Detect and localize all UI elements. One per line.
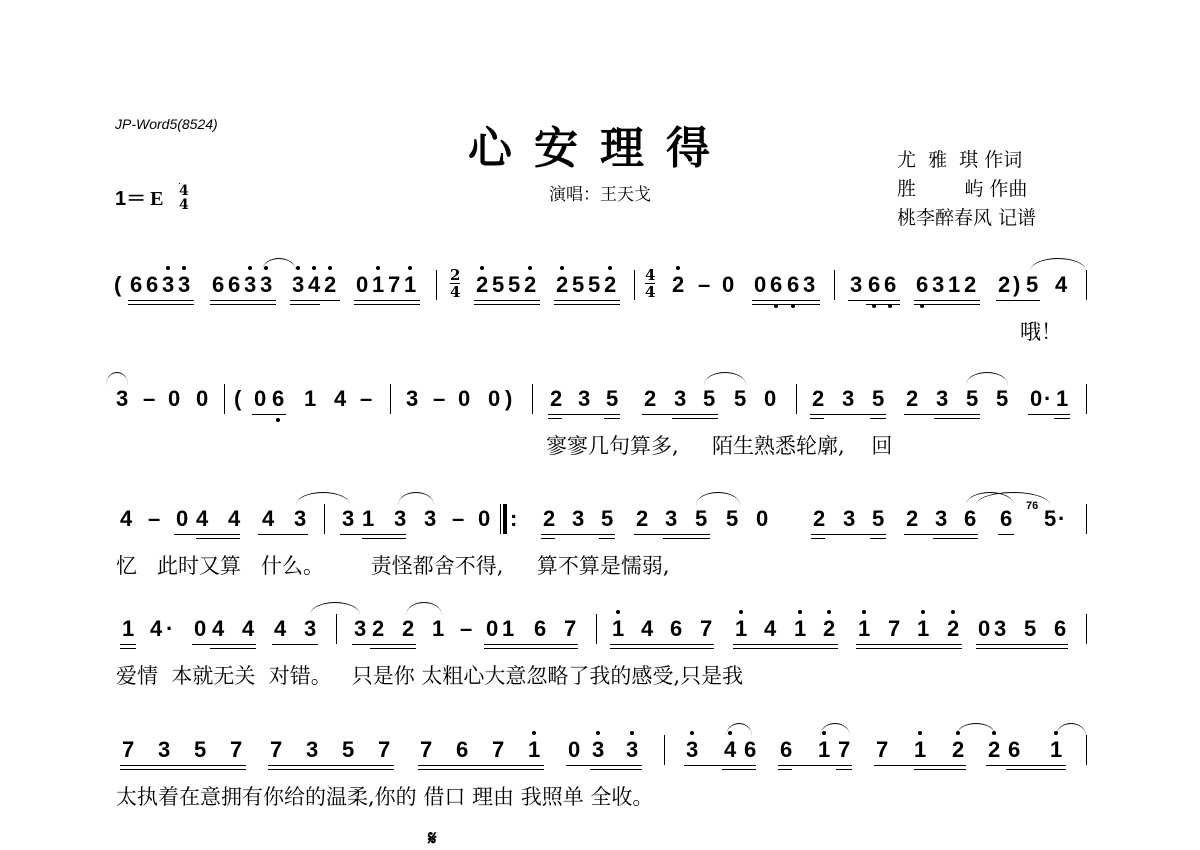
note: 3 <box>686 737 698 763</box>
underline-sixteenth <box>870 538 886 539</box>
barline <box>796 384 797 414</box>
underline-eighth <box>986 765 1066 766</box>
underline-eighth <box>484 644 578 645</box>
note: 4 <box>228 506 240 532</box>
time-signature: 4 4 <box>179 184 189 212</box>
note: – <box>360 386 372 412</box>
note: 0 <box>754 272 766 298</box>
underline-eighth <box>548 414 620 415</box>
note: 6 <box>228 272 240 298</box>
note: 6 <box>670 616 682 642</box>
note: 2 <box>812 386 824 412</box>
note: 3 <box>354 616 366 642</box>
note: 4 <box>212 616 224 642</box>
underline-sixteenth <box>856 648 962 649</box>
octave-dot-above <box>532 731 536 735</box>
barline <box>532 384 533 414</box>
note: 0 <box>568 737 580 763</box>
note: 7 <box>700 616 712 642</box>
octave-dot-above <box>827 610 831 614</box>
note: 0 <box>356 272 368 298</box>
note: 3 <box>665 506 677 532</box>
note: 3 <box>294 506 306 532</box>
slur-tie <box>696 492 740 505</box>
note: 6 <box>780 737 792 763</box>
underline-eighth <box>733 644 838 645</box>
underline-sixteenth <box>733 648 838 649</box>
underline-eighth <box>874 765 966 766</box>
grace-notes: 76 <box>1026 500 1038 512</box>
underline-eighth <box>174 534 240 535</box>
note: 7 <box>564 616 576 642</box>
note: 6 <box>744 737 756 763</box>
underline-sixteenth <box>752 304 820 305</box>
slur-tie <box>956 723 996 736</box>
note: – <box>148 506 160 532</box>
note: 3 <box>843 506 855 532</box>
note: 5 <box>703 386 715 412</box>
octave-dot-above <box>951 610 955 614</box>
note: 2 <box>644 386 656 412</box>
octave-dot-above <box>312 266 316 270</box>
note: 5 <box>572 272 584 298</box>
note: 5 <box>695 506 707 532</box>
note: 4 <box>120 506 132 532</box>
note: 1 <box>858 616 870 642</box>
underline-eighth <box>210 300 276 301</box>
note: 6 <box>212 272 224 298</box>
underline-sixteenth <box>914 769 966 770</box>
underline-sixteenth <box>290 304 320 305</box>
underline-sixteenth <box>541 538 555 539</box>
note: 5 <box>726 506 738 532</box>
note: 3 <box>342 506 354 532</box>
note: 1 <box>1056 386 1068 412</box>
note: 4 <box>242 616 254 642</box>
note: 7 <box>230 737 242 763</box>
note: 2 <box>672 272 684 298</box>
note: 3 <box>935 506 947 532</box>
note: 0 <box>1030 386 1042 412</box>
score-line: 735773577671033346617712261太执着在意拥有你给的温柔,… <box>0 737 1200 837</box>
octave-dot-above <box>248 266 252 270</box>
note: 4 <box>196 506 208 532</box>
underline-sixteenth <box>120 648 136 649</box>
underline-eighth <box>811 534 886 535</box>
note: 0 <box>168 386 180 412</box>
octave-dot-above <box>739 610 743 614</box>
note: 4 <box>724 737 736 763</box>
underline-sixteenth <box>976 648 1068 649</box>
underline-eighth <box>541 534 615 535</box>
note: 7 <box>378 737 390 763</box>
note: ) <box>505 386 512 412</box>
slur-tie <box>820 723 850 736</box>
note: 2 <box>556 272 568 298</box>
time-change: 44 <box>645 268 655 299</box>
underline-sixteenth <box>418 769 544 770</box>
underline-eighth <box>904 414 980 415</box>
score-line: 3–00(0614–3–00)2352355023523550·1寥寥几句算多,… <box>0 386 1200 486</box>
octave-dot-above <box>921 610 925 614</box>
octave-dot-above <box>560 266 564 270</box>
octave-dot-above <box>528 266 532 270</box>
note: 6 <box>130 272 142 298</box>
octave-dot-above <box>408 266 412 270</box>
note: 4 <box>262 506 274 532</box>
note: 7 <box>388 272 400 298</box>
note: ( <box>234 386 241 412</box>
underline-sixteenth <box>120 769 246 770</box>
octave-dot-above <box>296 266 300 270</box>
octave-dot-above <box>676 266 680 270</box>
note: 1 <box>404 272 416 298</box>
slur-tie <box>1056 723 1086 736</box>
note: 5 <box>996 386 1008 412</box>
underline-eighth <box>258 534 308 535</box>
octave-dot-above <box>166 266 170 270</box>
underline-sixteenth <box>604 418 620 419</box>
note: 0 <box>764 386 776 412</box>
underline-eighth <box>120 644 136 645</box>
note: 7 <box>420 737 432 763</box>
note: 6 <box>456 737 468 763</box>
note: 4 <box>764 616 776 642</box>
note: 2 <box>324 272 336 298</box>
underline-sixteenth <box>933 538 978 539</box>
note: 1 <box>818 737 830 763</box>
note: 3 <box>406 386 418 412</box>
note: 6 <box>787 272 799 298</box>
octave-dot-above <box>630 731 634 735</box>
note: 1 <box>735 616 747 642</box>
note: 3 <box>162 272 174 298</box>
underline-sixteenth <box>870 418 886 419</box>
barline <box>1086 614 1087 644</box>
barline <box>1086 270 1087 300</box>
note: ) <box>1013 272 1020 298</box>
note: 5 <box>601 506 613 532</box>
underline-sixteenth <box>810 418 824 419</box>
underline-eighth <box>352 644 416 645</box>
octave-dot-above <box>690 731 694 735</box>
note: 0 <box>978 616 990 642</box>
slur-tie <box>704 372 746 385</box>
key-label: 1＝ <box>115 188 146 210</box>
slur-tie <box>726 723 752 736</box>
note: 6 <box>916 272 928 298</box>
note: ( <box>114 272 121 298</box>
underline-eighth <box>340 534 406 535</box>
underline-sixteenth <box>610 648 714 649</box>
slur-tie <box>296 492 350 505</box>
note: 4 <box>1055 272 1067 298</box>
underline-sixteenth <box>484 648 578 649</box>
note: 3 <box>304 616 316 642</box>
underline-eighth <box>634 534 710 535</box>
note: 6 <box>146 272 158 298</box>
underline-eighth <box>996 300 1040 301</box>
slur-tie <box>1030 258 1086 271</box>
key-signature: 1＝E 4 4 <box>115 182 189 214</box>
underline-sixteenth <box>210 304 276 305</box>
underline-sixteenth <box>722 769 756 770</box>
note: 2 <box>636 506 648 532</box>
note: 6 <box>272 386 284 412</box>
underline-sixteenth <box>210 648 256 649</box>
note: 3 <box>626 737 638 763</box>
note: 7 <box>876 737 888 763</box>
slur-tie <box>966 372 1008 385</box>
composer-credit: 胜 屿 作曲 <box>897 175 1036 204</box>
note: 3 <box>244 272 256 298</box>
underline-eighth <box>904 534 978 535</box>
note: 0 <box>176 506 188 532</box>
note: 1 <box>948 272 960 298</box>
note: 1 <box>1050 737 1062 763</box>
underline-sixteenth <box>672 418 718 419</box>
note: 2 <box>988 737 1000 763</box>
note: 1 <box>502 616 514 642</box>
underline-eighth <box>998 534 1014 535</box>
repeat-colon: : <box>510 506 517 532</box>
underline-sixteenth <box>778 769 792 770</box>
note: 0 <box>756 506 768 532</box>
note: 0 <box>254 386 266 412</box>
score-line: 4–044433133–02352355023523665·:76忆 此时又算 … <box>0 506 1200 606</box>
octave-dot-above <box>328 266 332 270</box>
note: 1 <box>528 737 540 763</box>
barline <box>436 270 437 300</box>
note: 7 <box>122 737 134 763</box>
underline-sixteenth <box>268 769 394 770</box>
note: 5 <box>1024 616 1036 642</box>
lyricist-credit: 尤 雅 琪 作词 <box>897 146 1036 175</box>
underline-eighth <box>268 765 394 766</box>
underline-eighth <box>272 644 318 645</box>
note: 0 <box>194 616 206 642</box>
underline-sixteenth <box>599 538 615 539</box>
underline-sixteenth <box>548 418 562 419</box>
note: · <box>1058 506 1065 532</box>
note: 3 <box>158 737 170 763</box>
note: 1 <box>612 616 624 642</box>
note: – <box>143 386 155 412</box>
underline-sixteenth <box>590 769 642 770</box>
note: 3 <box>674 386 686 412</box>
note: 1 <box>794 616 806 642</box>
note: 5 <box>508 272 520 298</box>
octave-dot-above <box>182 266 186 270</box>
score-line: (663366333420171255225522–0066336663122)… <box>0 272 1200 372</box>
note: 1 <box>304 386 316 412</box>
time-top: 4 <box>179 184 189 198</box>
credits-block: 尤 雅 琪 作词 胜 屿 作曲 桃李醉春风 记谱 <box>897 146 1036 233</box>
note: 5 <box>1026 272 1038 298</box>
note: 2 <box>550 386 562 412</box>
note: 4 <box>274 616 286 642</box>
underline-eighth <box>976 644 1068 645</box>
underline-eighth <box>810 414 886 415</box>
note: 6 <box>964 506 976 532</box>
underline-sixteenth <box>370 648 416 649</box>
underline-eighth <box>856 644 962 645</box>
note: 3 <box>394 506 406 532</box>
note: 4 <box>641 616 653 642</box>
underline-sixteenth <box>196 538 240 539</box>
underline-sixteenth <box>914 304 980 305</box>
note: 6 <box>1000 506 1012 532</box>
note: 0 <box>478 506 490 532</box>
barline <box>664 735 665 765</box>
score-line: 14·044433221–01671467141217120356爱情 本就无关… <box>0 616 1200 716</box>
octave-dot-above <box>918 731 922 735</box>
barline <box>324 504 325 534</box>
octave-dot-above <box>596 731 600 735</box>
underline-eighth <box>684 765 756 766</box>
note: 1 <box>432 616 444 642</box>
note: 2 <box>906 506 918 532</box>
barline <box>224 384 225 414</box>
lyric-text: 寥寥几句算多, 陌生熟悉轮廓, 回 <box>546 430 892 460</box>
note: 0 <box>722 272 734 298</box>
note: 2 <box>402 616 414 642</box>
note: 1 <box>362 506 374 532</box>
note: 2 <box>372 616 384 642</box>
note: 5 <box>588 272 600 298</box>
note: 3 <box>578 386 590 412</box>
barline <box>1086 384 1087 414</box>
underline-eighth <box>252 414 286 415</box>
transcriber-credit: 桃李醉春风 记谱 <box>897 204 1036 233</box>
underline-eighth <box>354 300 420 301</box>
note: 5 <box>872 506 884 532</box>
underline-eighth <box>418 765 544 766</box>
underline-eighth <box>914 300 980 301</box>
barline <box>634 270 635 300</box>
barline <box>390 384 391 414</box>
note: 6 <box>1008 737 1020 763</box>
time-change: 24 <box>450 268 460 299</box>
note: 0 <box>486 616 498 642</box>
note: 5 <box>194 737 206 763</box>
underline-sixteenth <box>362 538 406 539</box>
octave-dot-above <box>376 266 380 270</box>
note: 3 <box>932 272 944 298</box>
note: 2 <box>823 616 835 642</box>
underline-eighth <box>120 765 246 766</box>
key-letter: E <box>150 188 163 210</box>
underline-eighth <box>554 300 620 301</box>
note: 6 <box>770 272 782 298</box>
note: 5 <box>734 386 746 412</box>
note: 2 <box>998 272 1010 298</box>
note: 2 <box>947 616 959 642</box>
note: 6 <box>884 272 896 298</box>
underline-sixteenth <box>1006 769 1066 770</box>
note: 2 <box>524 272 536 298</box>
note: 0 <box>458 386 470 412</box>
lyric-text: 爱情 本就无关 对错。 只是你 太粗心大意忽略了我的感受,只是我 <box>116 660 743 690</box>
note: 7 <box>492 737 504 763</box>
note: 1 <box>917 616 929 642</box>
underline-eighth <box>1028 414 1070 415</box>
underline-sixteenth <box>128 304 194 305</box>
note: 0 <box>488 386 500 412</box>
barline <box>596 614 597 644</box>
note: 2 <box>964 272 976 298</box>
repeat-barline <box>500 504 507 534</box>
note: 3 <box>260 272 272 298</box>
barline <box>336 614 337 644</box>
note: 6 <box>534 616 546 642</box>
note: 2 <box>952 737 964 763</box>
note: – <box>452 506 464 532</box>
underline-sixteenth <box>354 304 420 305</box>
time-bottom: 4 <box>179 198 189 212</box>
barline <box>1086 504 1087 534</box>
barline <box>1086 735 1087 765</box>
underline-eighth <box>610 644 714 645</box>
note: – <box>460 616 472 642</box>
note: 4 <box>334 386 346 412</box>
underline-sixteenth <box>934 418 980 419</box>
underline-eighth <box>848 300 900 301</box>
note: 2 <box>543 506 555 532</box>
note: 3 <box>936 386 948 412</box>
underline-eighth <box>778 765 852 766</box>
octave-dot-above <box>480 266 484 270</box>
underline-sixteenth <box>866 304 900 305</box>
note: 3 <box>850 272 862 298</box>
underline-eighth <box>290 300 340 301</box>
note: 2 <box>813 506 825 532</box>
lyric-text: 哦！ <box>1020 316 1062 346</box>
note: 3 <box>803 272 815 298</box>
segno-sign: 𝄋 <box>428 826 437 850</box>
octave-dot-above <box>616 610 620 614</box>
note: 6 <box>868 272 880 298</box>
note: · <box>1044 386 1051 412</box>
note: – <box>433 386 445 412</box>
note: 7 <box>888 616 900 642</box>
underline-sixteenth <box>811 538 825 539</box>
underline-eighth <box>128 300 194 301</box>
note: 7 <box>838 737 850 763</box>
note: · <box>166 616 173 642</box>
note: – <box>698 272 710 298</box>
note: 5 <box>342 737 354 763</box>
note: 5 <box>966 386 978 412</box>
barline <box>834 270 835 300</box>
note: 3 <box>424 506 436 532</box>
note: 2 <box>476 272 488 298</box>
slur-tie <box>398 492 434 505</box>
note: 5 <box>872 386 884 412</box>
note: 3 <box>994 616 1006 642</box>
note: 2 <box>906 386 918 412</box>
note: 3 <box>592 737 604 763</box>
underline-sixteenth <box>1054 418 1070 419</box>
octave-dot-above <box>608 266 612 270</box>
underline-eighth <box>474 300 540 301</box>
note: 5 <box>492 272 504 298</box>
note: 3 <box>306 737 318 763</box>
note: 7 <box>270 737 282 763</box>
underline-sixteenth <box>554 304 620 305</box>
underline-eighth <box>566 765 642 766</box>
underline-sixteenth <box>836 769 852 770</box>
